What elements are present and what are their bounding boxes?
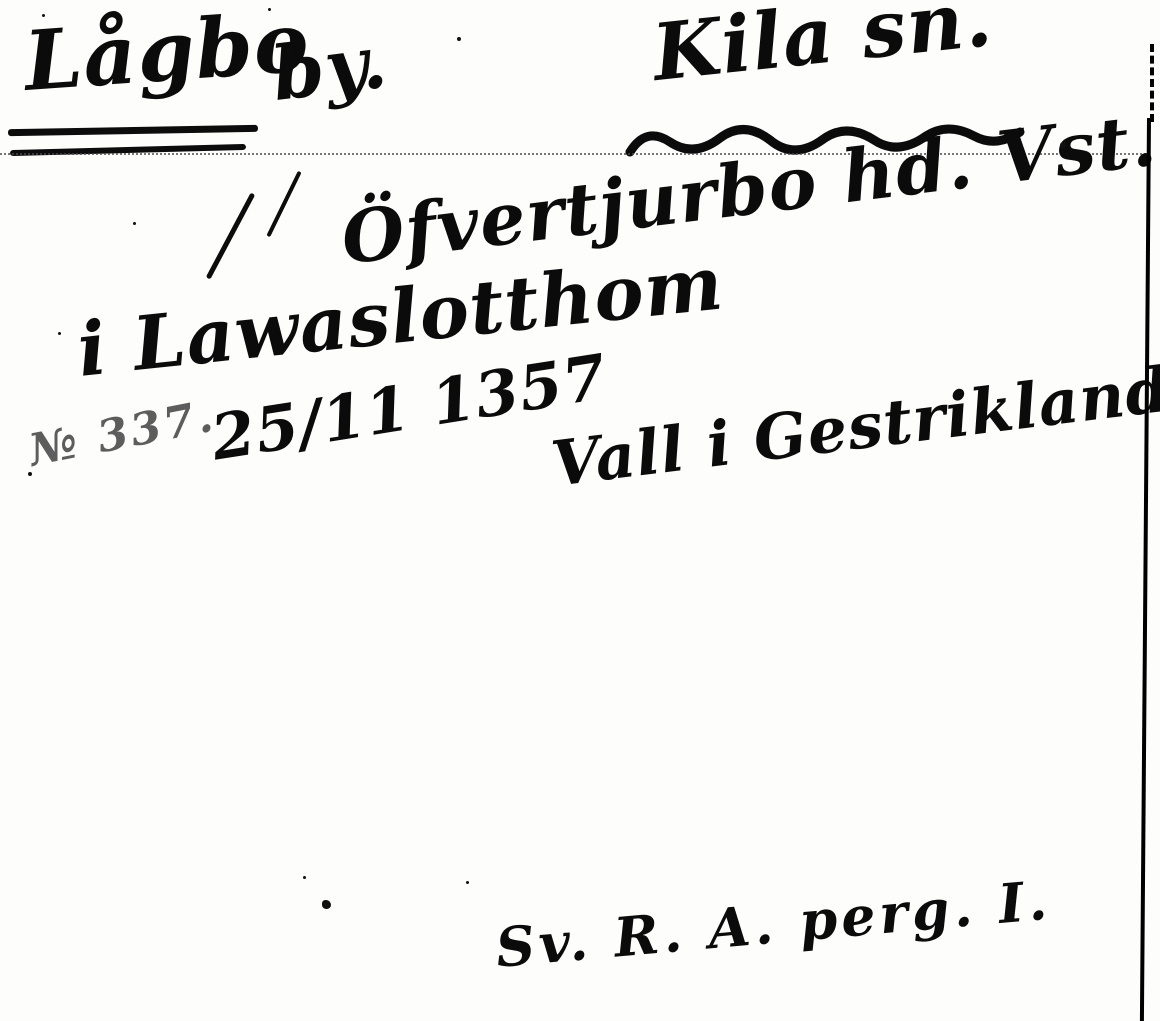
village-name: Lågbo xyxy=(21,0,312,110)
speck xyxy=(1060,142,1066,148)
speck xyxy=(42,14,45,17)
pen-stroke xyxy=(266,171,301,237)
scan-edge-dashed xyxy=(1150,44,1154,122)
speck xyxy=(268,8,271,11)
pencil-number: № 337. xyxy=(25,391,220,477)
double-underline-top xyxy=(8,125,258,136)
speck xyxy=(457,37,461,41)
speck xyxy=(466,881,469,884)
speck xyxy=(133,222,136,225)
speck xyxy=(303,876,306,879)
pen-stroke xyxy=(206,192,255,279)
speck xyxy=(28,472,32,476)
village-suffix: by. xyxy=(268,19,393,118)
archival-index-card: Lågbo by. Kila sn. Öfvertjurbo hd. Vst. … xyxy=(0,0,1160,1021)
issue-place: Vall i Gestrikland. xyxy=(548,350,1160,501)
parish-name: Kila sn. xyxy=(648,0,996,99)
scan-edge-line xyxy=(1140,118,1151,1021)
ink-blot xyxy=(322,900,331,909)
source-reference: Sv. R. A. perg. I. xyxy=(493,868,1053,980)
speck xyxy=(58,332,61,335)
